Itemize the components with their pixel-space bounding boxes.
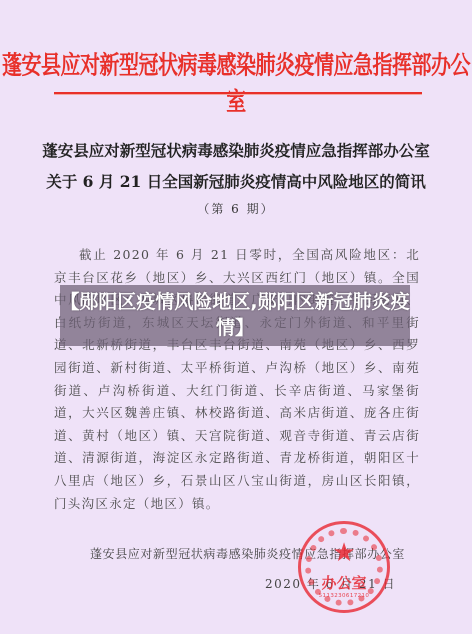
seal-label: 办公室 (301, 572, 387, 593)
seal-code: 5113230617210 (301, 593, 387, 599)
overlay-title: 【郧阳区疫情风险地区,郧阳区新冠肺炎疫情】 (60, 289, 410, 341)
letterhead-divider (54, 92, 422, 95)
caption-overlay: 【郧阳区疫情风险地区,郧阳区新冠肺炎疫情】 (60, 285, 410, 346)
official-seal: ★ 办公室 5113230617210 (298, 521, 390, 613)
notice-title-line2: 关于 6 月 21 日全国新冠肺炎疫情高中风险地区的简讯 (0, 170, 472, 192)
notice-title-line1: 蓬安县应对新型冠状病毒感染肺炎疫情应急指挥部办公室 (0, 139, 472, 161)
star-icon: ★ (301, 540, 387, 566)
letterhead-title: 蓬安县应对新型冠状病毒感染肺炎疫情应急指挥部办公室 (0, 45, 472, 118)
issue-number: （第 6 期） (0, 200, 472, 217)
